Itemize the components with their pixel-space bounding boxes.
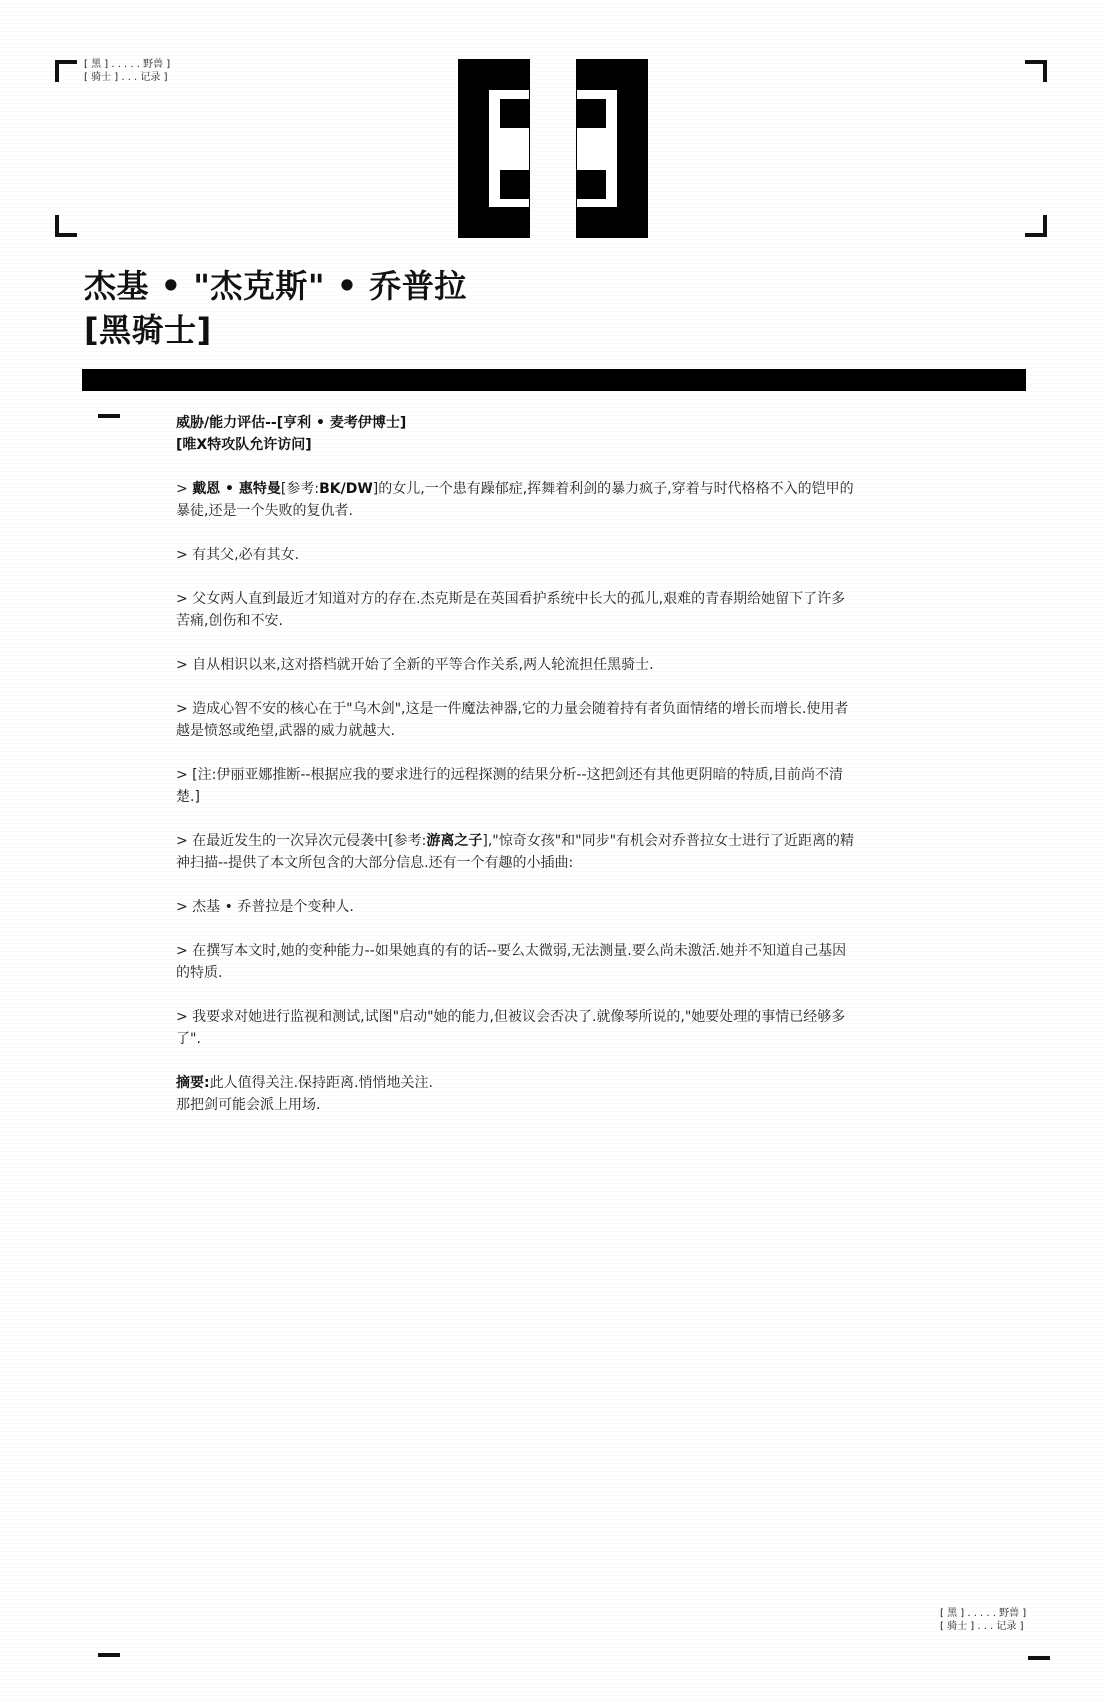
paragraph-9: > 在撰写本文时,她的变种能力--如果她真的有的话--要么太微弱,无法测量.要么… bbox=[176, 940, 856, 984]
file-tag-bottom: [ 黑 ] . . . . . 野兽 ][ 骑士 ] . . . 记录 ] bbox=[940, 1607, 1026, 1633]
corner-bracket-top-right bbox=[1025, 60, 1047, 82]
file-tag-line-2: [ 骑士 ] . . . 记录 ] bbox=[84, 71, 170, 84]
report-body: 威胁/能力评估--[亨利 • 麦考伊博士] [唯X特攻队允许访问] > 戴恩 •… bbox=[176, 412, 856, 1116]
report-heading: 威胁/能力评估--[亨利 • 麦考伊博士] [唯X特攻队允许访问] bbox=[176, 412, 856, 456]
summary-label: 摘要: bbox=[176, 1075, 210, 1091]
dash-marker-bottom-right bbox=[1028, 1656, 1050, 1660]
file-tag-line-2: [ 骑士 ] . . . 记录 ] bbox=[940, 1620, 1026, 1633]
paragraph-8: > 杰基 • 乔普拉是个变种人. bbox=[176, 896, 856, 918]
black-knight-logo-icon bbox=[458, 59, 648, 238]
report-heading-line-2: [唯X特攻队允许访问] bbox=[176, 434, 856, 456]
paragraph-3: > 父女两人直到最近才知道对方的存在.杰克斯是在英国看护系统中长大的孤儿,艰难的… bbox=[176, 588, 856, 632]
file-tag-top: [ 黑 ] . . . . . 野兽 ][ 骑士 ] . . . 记录 ] bbox=[84, 58, 170, 84]
paragraph-2: > 有其父,必有其女. bbox=[176, 544, 856, 566]
ref-code: BK/DW bbox=[319, 481, 373, 497]
paragraph-10: > 我要求对她进行监视和测试,试图"启动"她的能力,但被议会否决了.就像琴所说的… bbox=[176, 1006, 856, 1050]
logo-left-bracket bbox=[458, 59, 530, 238]
corner-bracket-bottom-left bbox=[55, 215, 77, 237]
paragraph-6: > [注:伊丽亚娜推断--根据应我的要求进行的远程探测的结果分析--这把剑还有其… bbox=[176, 764, 856, 808]
paragraph-5: > 造成心智不安的核心在于"乌木剑",这是一件魔法神器,它的力量会随着持有者负面… bbox=[176, 698, 856, 742]
ref-bold: 游离之子 bbox=[426, 833, 482, 849]
corner-bracket-bottom-right bbox=[1025, 215, 1047, 237]
logo-right-bracket bbox=[576, 59, 648, 238]
dash-marker-bottom-left bbox=[98, 1653, 120, 1657]
title-name: 杰基 • "杰克斯" • 乔普拉 bbox=[84, 264, 467, 308]
paragraph-1: > 戴恩 • 惠特曼[参考:BK/DW]的女儿,一个患有躁郁症,挥舞着利剑的暴力… bbox=[176, 478, 856, 522]
page-title: 杰基 • "杰克斯" • 乔普拉 [黑骑士] bbox=[84, 264, 467, 352]
corner-bracket-top-left bbox=[55, 60, 77, 82]
summary-line-1: 此人值得关注.保持距离.悄悄地关注. bbox=[210, 1075, 433, 1091]
summary: 摘要:此人值得关注.保持距离.悄悄地关注. 那把剑可能会派上用场. bbox=[176, 1072, 856, 1116]
file-tag-line-1: [ 黑 ] . . . . . 野兽 ] bbox=[84, 58, 170, 71]
title-codename: [黑骑士] bbox=[84, 308, 467, 352]
dash-marker-top-left bbox=[98, 414, 120, 418]
ref-name: 戴恩 • 惠特曼 bbox=[192, 481, 281, 497]
summary-line-2: 那把剑可能会派上用场. bbox=[176, 1094, 856, 1116]
paragraph-4: > 自从相识以来,这对搭档就开始了全新的平等合作关系,两人轮流担任黑骑士. bbox=[176, 654, 856, 676]
file-tag-line-1: [ 黑 ] . . . . . 野兽 ] bbox=[940, 1607, 1026, 1620]
header-divider-bar bbox=[82, 369, 1026, 391]
report-heading-line-1: 威胁/能力评估--[亨利 • 麦考伊博士] bbox=[176, 412, 856, 434]
paragraph-7: > 在最近发生的一次异次元侵袭中[参考:游离之子],"惊奇女孩"和"同步"有机会… bbox=[176, 830, 856, 874]
